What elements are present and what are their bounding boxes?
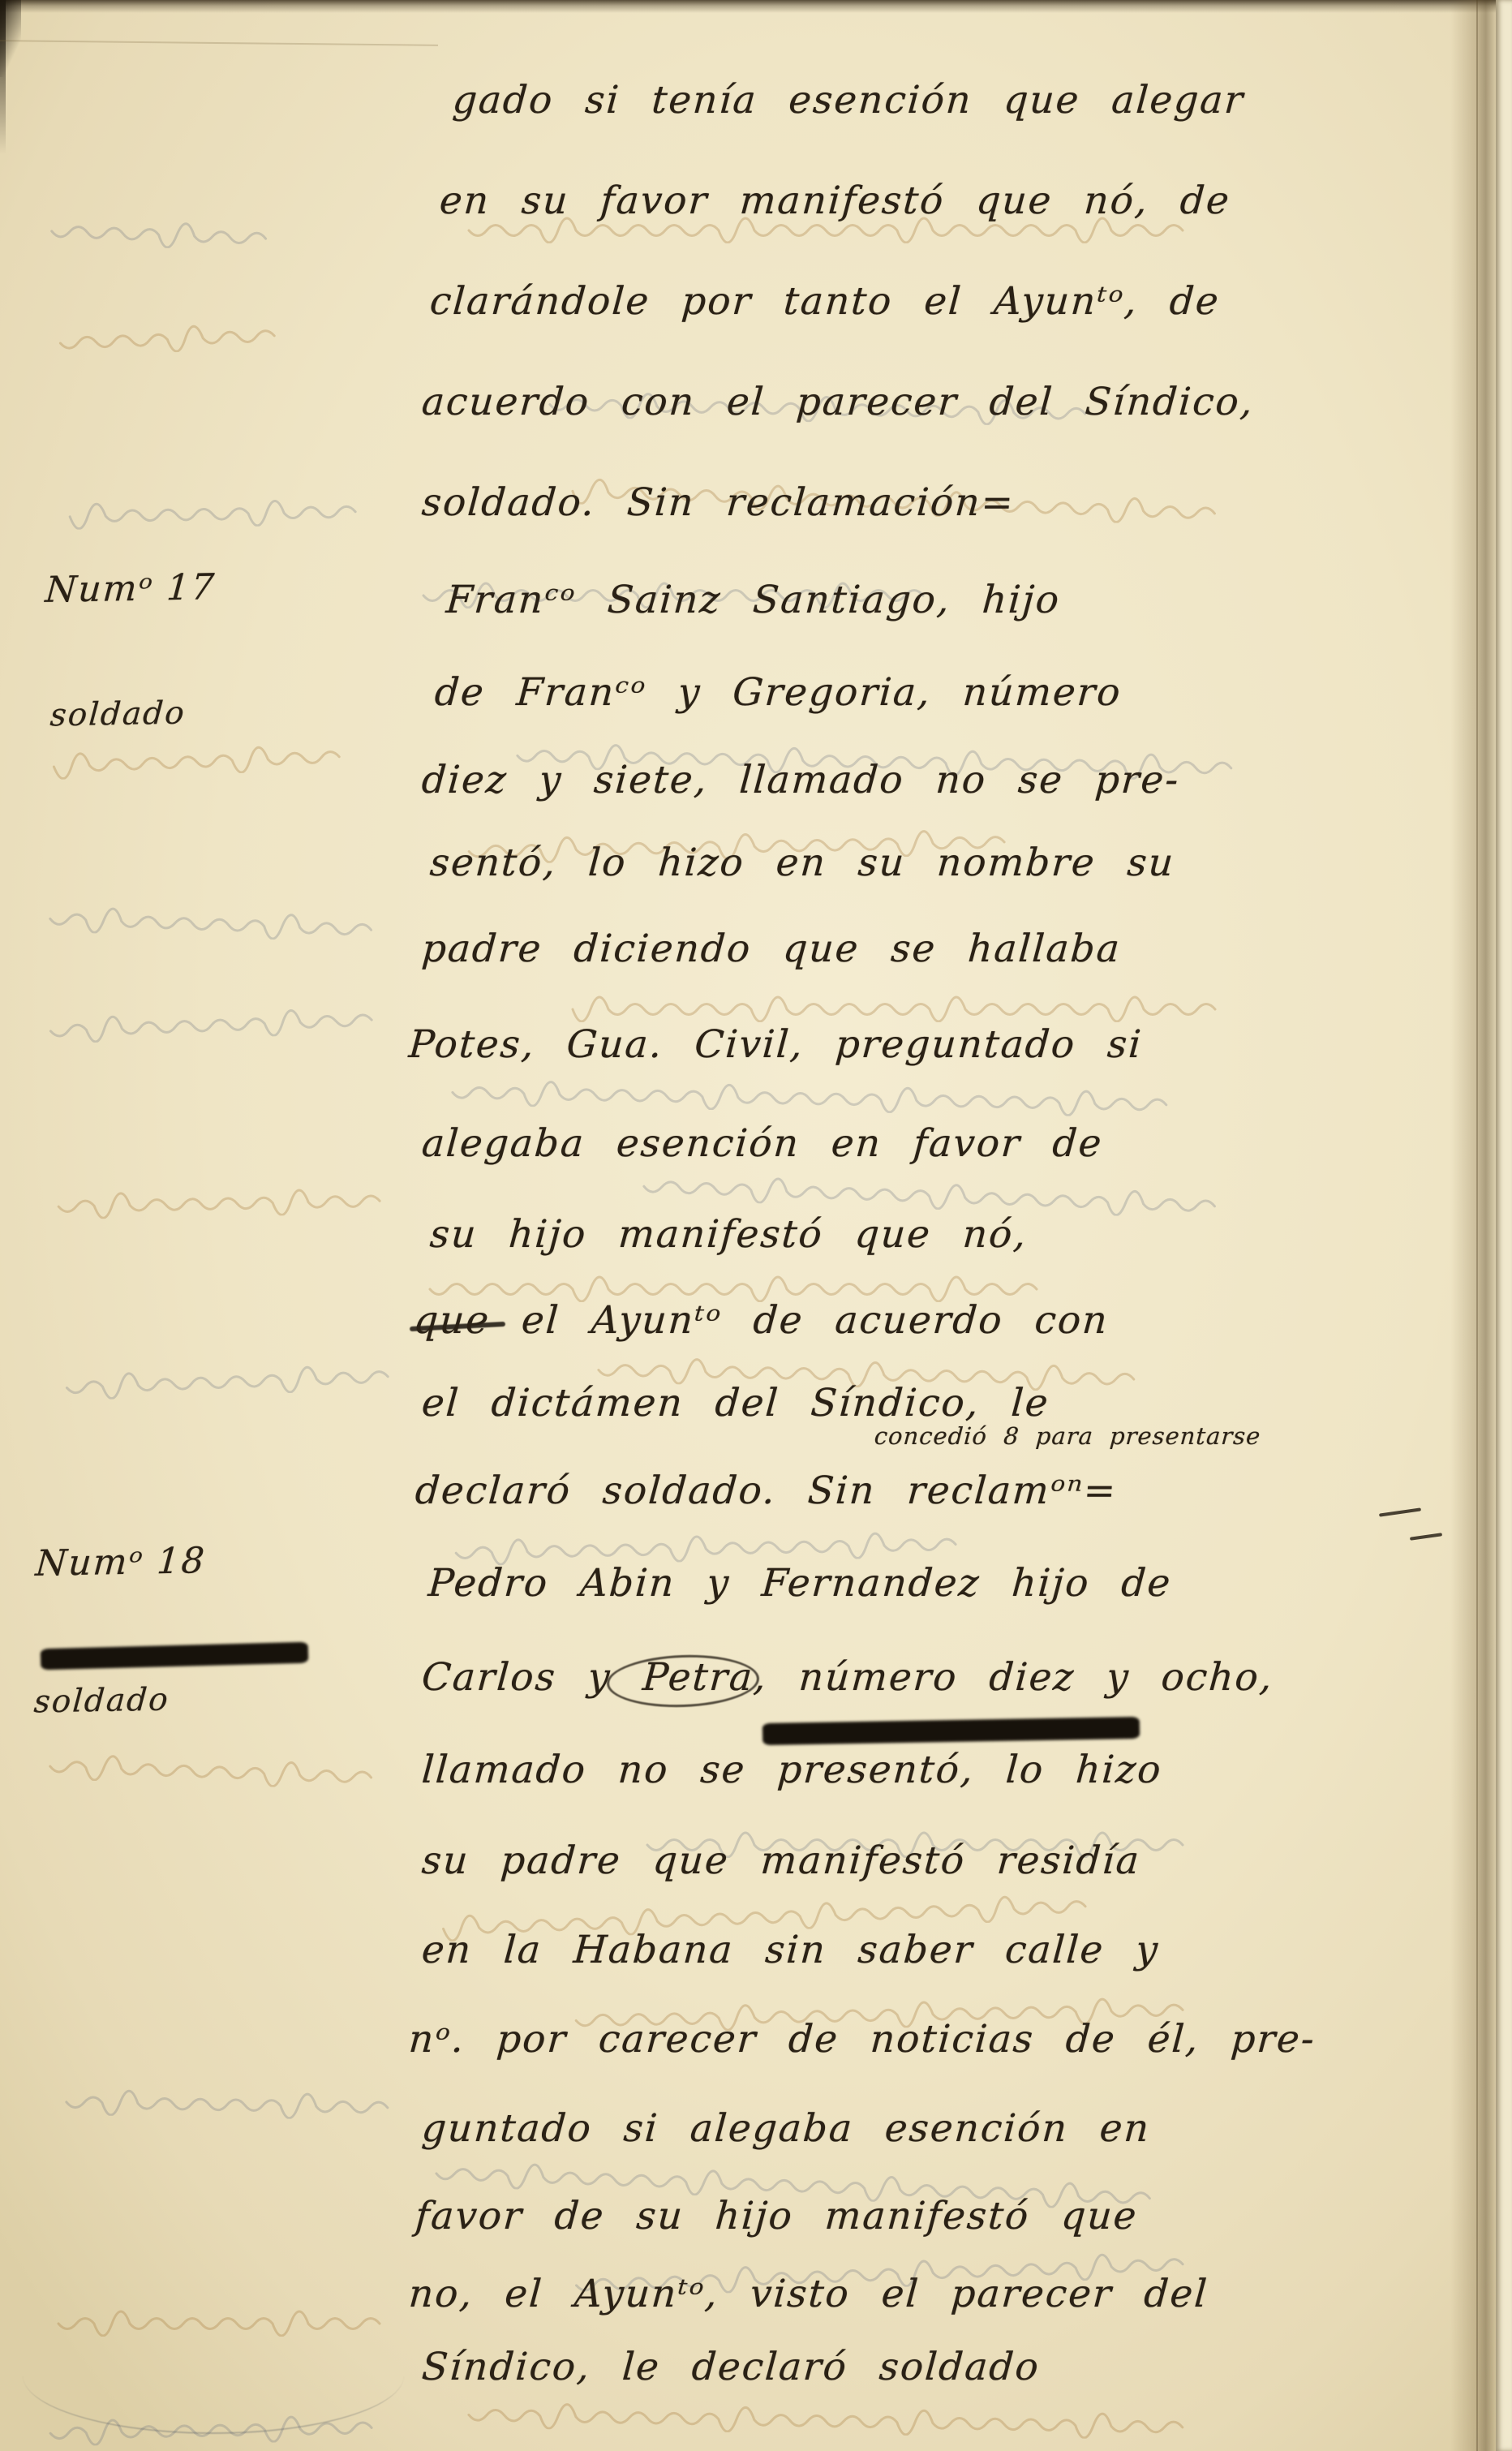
margin-entry-status-18: soldado [32,1682,170,1721]
bleedthrough-text [568,982,1217,1022]
manuscript-line: en la Habana sin saber calle y [420,1924,1161,1976]
margin-entry-number-18: Numᵒ 18 [34,1540,207,1585]
bleedthrough-text [48,992,374,1044]
pencil-arc-mark [23,2376,404,2434]
interline-insertion: concedió 8 para presentarse [874,1421,1262,1451]
manuscript-line: no, el Ayunᵗᵒ, visto el parecer del [407,2268,1210,2320]
manuscript-line: guntado si alegaba esención en [420,2103,1152,2155]
closing-dash-2 [1410,1533,1442,1541]
bleedthrough-text [48,1739,374,1791]
bleedthrough-text [32,308,277,357]
binding-gutter-shadow [1450,0,1496,2451]
closing-dash-1 [1379,1507,1421,1516]
manuscript-line: nᵒ. por carecer de noticias de él, pre- [407,2014,1317,2066]
bleedthrough-text [48,1349,389,1402]
bleedthrough-text [32,2074,390,2121]
ink-blot-over-line [762,1717,1140,1745]
manuscript-line: llamado no se presentó, lo hizo [420,1744,1164,1796]
manuscript-line: soldado. Sin reclamación= [420,477,1016,529]
manuscript-line: Franᶜᵒ Sainz Santiago, hijo [445,574,1063,626]
manuscript-line: sentó, lo hizo en su nombre su [428,837,1177,889]
paper-crease [0,40,438,46]
manuscript-line: padre diciendo que se hallaba [420,923,1123,975]
bleedthrough-text [32,2296,381,2337]
ink-blot-margin-18 [41,1642,309,1671]
manuscript-line: su hijo manifestó que nó, [428,1209,1029,1261]
manuscript-line: Potes, Gua. Civil, preguntado si [407,1019,1145,1071]
manuscript-line: su padre que manifestó residía [420,1835,1142,1887]
bleedthrough-text [48,729,341,780]
page-top-edge [0,0,1512,13]
manuscript-line: gado si tenía esención que alegar [451,75,1246,127]
bleedthrough-text [49,484,358,531]
manuscript-line: Pedro Abin y Fernandez hijo de [427,1558,1174,1610]
manuscript-line: clarándole por tanto el Ayunᵗᵒ, de [428,276,1222,328]
manuscript-line: Síndico, le declaró soldado [420,2341,1042,2393]
bleedthrough-text [438,1064,1169,1118]
bleedthrough-text [32,1173,382,1219]
manuscript-line: en su favor manifestó que nó, de [438,175,1232,227]
manuscript-line: acuerdo con el parecer del Síndico, [420,376,1256,428]
manuscript-line: de Franᶜᵒ y Gregoria, número [433,667,1123,719]
manuscript-line: declaró soldado. Sin reclamᵒⁿ= [414,1465,1119,1517]
bleedthrough-text [454,2387,1185,2440]
manuscript-line: favor de su hijo manifestó que [414,2191,1140,2242]
adjacent-page-sliver [1496,0,1512,2451]
manuscript-page: Numᵒ 17 soldado Numᵒ 18 soldado gado si … [0,0,1512,2451]
manuscript-line: diez y siete, llamado no se pre- [420,755,1182,806]
margin-entry-status-17: soldado [49,695,187,734]
bleedthrough-text [32,891,373,944]
manuscript-line: que el Ayunᵗᵒ de acuerdo con [412,1295,1110,1347]
binding-crease [1476,0,1478,2451]
manuscript-line: alegaba esención en favor de [420,1118,1105,1170]
manuscript-line: Carlos y Petra, número diez y ocho, [420,1652,1275,1704]
margin-entry-number-17: Numᵒ 17 [44,566,217,611]
bleedthrough-text [24,203,268,252]
page-left-edge [0,0,6,154]
